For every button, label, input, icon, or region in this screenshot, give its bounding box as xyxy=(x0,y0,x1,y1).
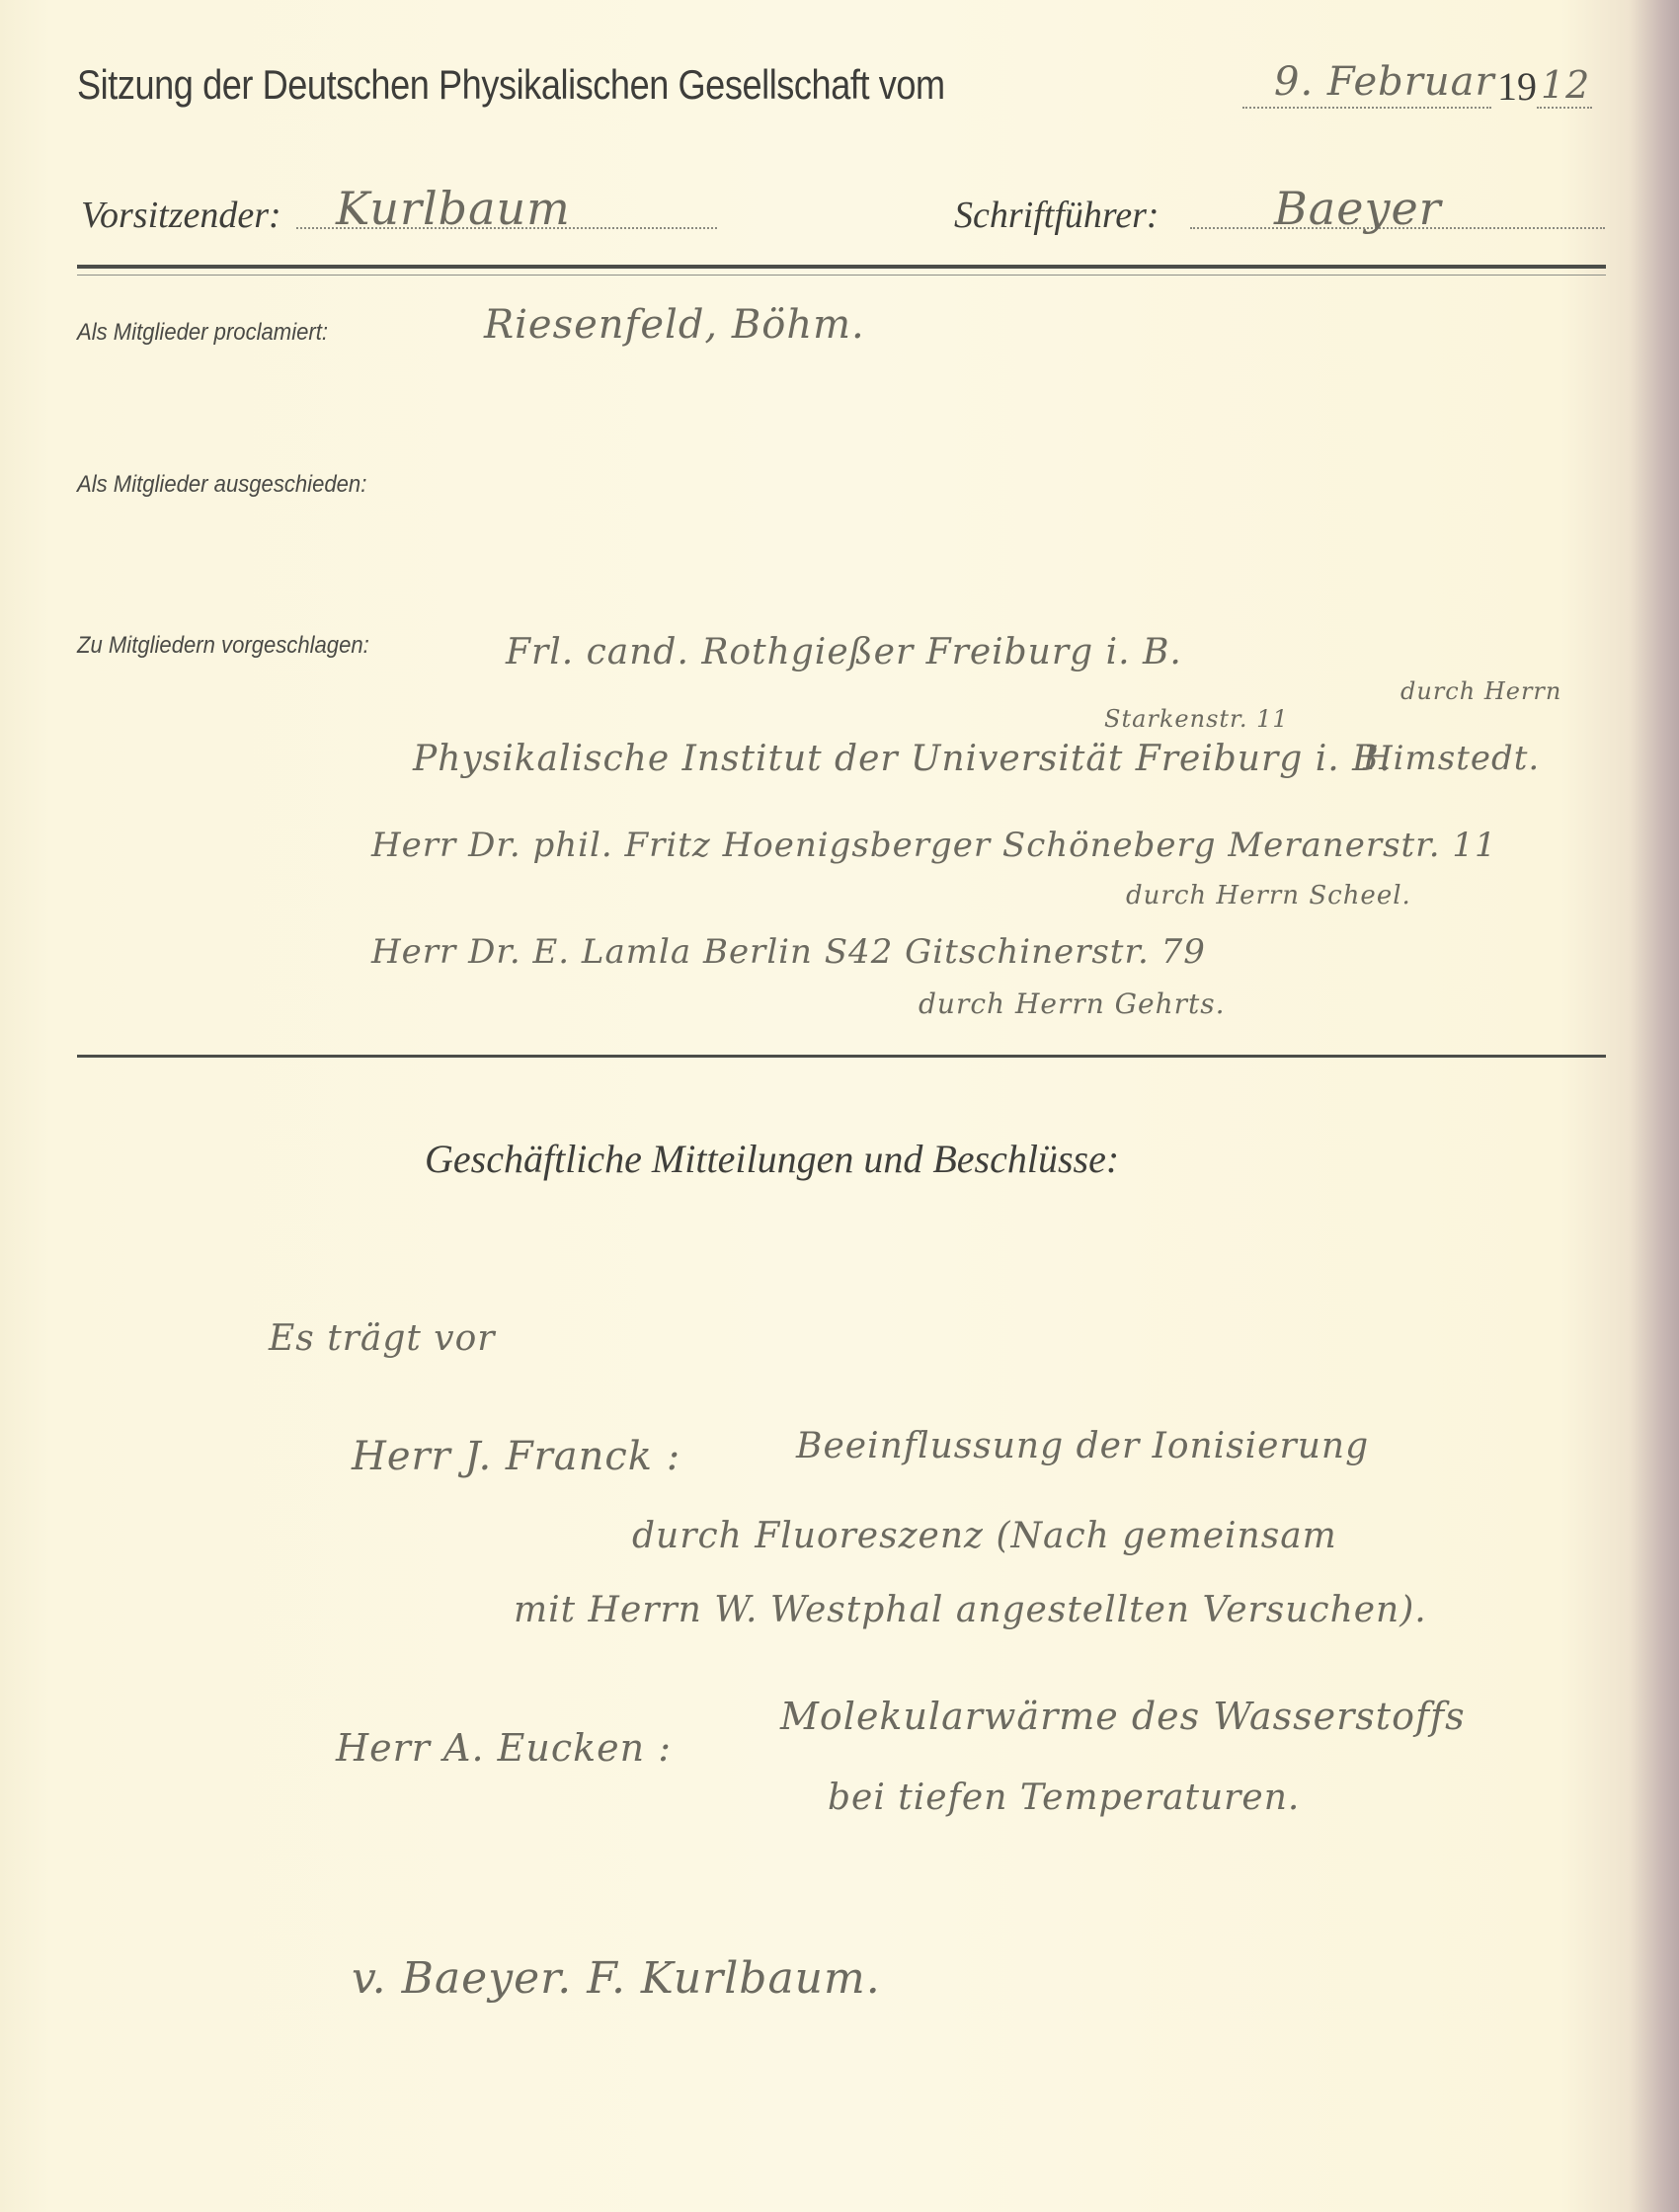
chair-label: Vorsitzender: xyxy=(81,194,281,237)
talk-1-title-line-2: durch Fluoreszenz (Nach gemeinsam xyxy=(632,1516,1337,1556)
proclaimed-members: Riesenfeld, Böhm. xyxy=(484,302,865,348)
proposed-member-2-address: Starkenstr. 11 xyxy=(1104,705,1289,733)
proposed-member-3-sponsor: durch Herrn Scheel. xyxy=(1126,881,1411,910)
divider-top xyxy=(77,265,1606,269)
resigned-label: Als Mitglieder ausgeschieden: xyxy=(77,471,366,499)
talk-2-speaker: Herr A. Eucken : xyxy=(336,1726,672,1770)
divider-middle xyxy=(77,1055,1606,1058)
talks-intro: Es trägt vor xyxy=(269,1318,496,1359)
year-dotted-line xyxy=(1537,107,1592,109)
talk-2-title-line-2: bei tiefen Temperaturen. xyxy=(828,1777,1300,1818)
page-title: Sitzung der Deutschen Physikalischen Ges… xyxy=(77,61,945,109)
talk-1-title-line-3: mit Herrn W. Westphal angestellten Versu… xyxy=(514,1590,1427,1630)
business-heading: Geschäftliche Mitteilungen und Beschlüss… xyxy=(425,1136,1119,1182)
secretary-name: Baeyer xyxy=(1274,182,1442,235)
signatures: v. Baeyer. F. Kurlbaum. xyxy=(352,1953,881,2004)
secretary-label: Schriftführer: xyxy=(954,194,1159,237)
proposed-member-2-sponsor: Himstedt. xyxy=(1363,739,1540,778)
talk-1-title-line-1: Beeinflussung der Ionisierung xyxy=(796,1426,1369,1466)
document-page: Sitzung der Deutschen Physikalischen Ges… xyxy=(0,0,1679,2212)
chair-name: Kurlbaum xyxy=(336,182,571,235)
divider-top-thin xyxy=(77,275,1606,276)
year-suffix: 12 xyxy=(1541,63,1590,107)
proposed-label: Zu Mitgliedern vorgeschlagen: xyxy=(77,632,369,660)
proposed-member-2: Physikalische Institut der Universität F… xyxy=(413,739,1392,779)
proposed-member-1: Frl. cand. Rothgießer Freiburg i. B. xyxy=(506,632,1182,672)
year-prefix: 19 xyxy=(1497,63,1537,110)
proposed-member-3: Herr Dr. phil. Fritz Hoenigsberger Schön… xyxy=(371,826,1497,865)
meeting-date: 9. Februar xyxy=(1274,59,1495,105)
date-dotted-line xyxy=(1242,107,1491,109)
proposed-member-4: Herr Dr. E. Lamla Berlin S42 Gitschiners… xyxy=(371,932,1206,972)
talk-1-speaker: Herr J. Franck : xyxy=(352,1434,680,1479)
proposed-member-4-sponsor: durch Herrn Gehrts. xyxy=(919,987,1226,1020)
talk-2-title-line-1: Molekularwärme des Wasserstoffs xyxy=(780,1695,1466,1738)
proposed-member-2-sponsor-prefix: durch Herrn xyxy=(1400,677,1561,705)
proclaimed-label: Als Mitglieder proclamiert: xyxy=(77,319,328,347)
